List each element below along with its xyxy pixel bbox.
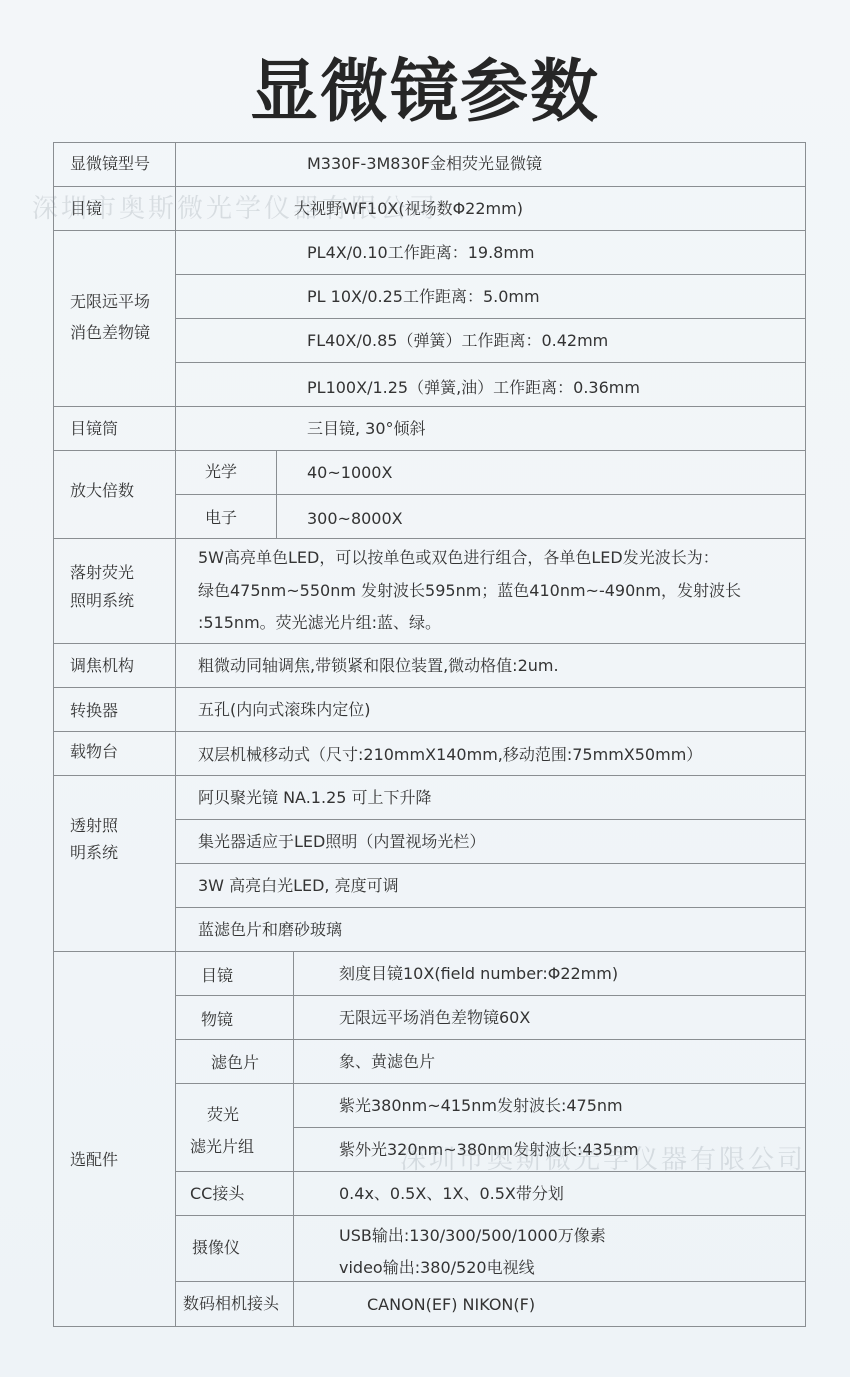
value-objective-40x: FL40X/0.85（弹簧）工作距离：0.42mm — [307, 330, 608, 352]
divider — [175, 1171, 806, 1172]
divider — [53, 775, 806, 776]
label-eyepiece: 目镜 — [70, 198, 102, 220]
option-value-eyepiece: 刻度目镜10X(field number:Φ22mm) — [339, 963, 618, 985]
divider — [175, 863, 806, 864]
label-model: 显微镜型号 — [70, 153, 150, 175]
value-epi-line2: 绿色475nm~550nm 发射波长595nm；蓝色410nm~-490nm，发… — [198, 580, 741, 602]
option-label-cmount: CC接头 — [190, 1183, 244, 1205]
value-epi-line1: 5W高亮单色LED，可以按单色或双色进行组合，各单色LED发光波长为： — [198, 547, 719, 569]
divider — [276, 450, 277, 538]
value-digital: 300~8000X — [307, 508, 403, 530]
label-options: 选配件 — [70, 1149, 118, 1171]
option-label-dslr: 数码相机接头 — [183, 1293, 279, 1315]
option-value-camera-video: video输出:380/520电视线 — [339, 1257, 535, 1279]
divider — [53, 538, 806, 539]
divider — [53, 406, 806, 407]
divider — [293, 951, 294, 1327]
divider — [175, 362, 806, 363]
divider — [175, 318, 806, 319]
label-epi-1: 落射荧光 — [70, 562, 134, 584]
option-value-filter: 象、黄滤色片 — [339, 1051, 435, 1073]
value-trans-collector: 集光器适应于LED照明（内置视场光栏） — [198, 831, 485, 853]
value-trans-condenser: 阿贝聚光镜 NA.1.25 可上下升降 — [198, 787, 432, 809]
label-objective-1: 无限远平场 — [70, 291, 150, 313]
value-epi-line3: :515nm。荧光滤光片组:蓝、绿。 — [198, 612, 441, 634]
divider — [53, 951, 806, 952]
label-trans-2: 明系统 — [70, 842, 118, 864]
option-value-fluor-violet: 紫光380nm~415nm发射波长:475nm — [339, 1095, 623, 1117]
value-stage: 双层机械移动式（尺寸:210mmX140mm,移动范围:75mmX50mm） — [198, 744, 702, 766]
value-nosepiece: 五孔(内向式滚珠内定位) — [198, 699, 371, 721]
value-trans-filter: 蓝滤色片和磨砂玻璃 — [198, 919, 342, 941]
value-tube: 三目镜, 30°倾斜 — [307, 418, 426, 440]
option-label-camera: 摄像仪 — [192, 1237, 240, 1259]
option-label-objective: 物镜 — [201, 1009, 233, 1031]
divider — [53, 731, 806, 732]
option-value-fluor-uv: 紫外光320nm~380nm发射波长:435nm — [339, 1139, 639, 1161]
option-value-objective: 无限远平场消色差物镜60X — [339, 1007, 530, 1029]
divider — [53, 230, 806, 231]
divider — [175, 1215, 806, 1216]
label-trans-1: 透射照 — [70, 815, 118, 837]
value-focus: 粗微动同轴调焦,带锁紧和限位装置,微动格值:2um. — [198, 655, 559, 677]
option-value-dslr: CANON(EF) NIKON(F) — [367, 1294, 535, 1316]
divider — [175, 1281, 806, 1282]
label-magnification: 放大倍数 — [70, 480, 134, 502]
option-label-fluor-2: 滤光片组 — [190, 1136, 254, 1158]
value-eyepiece: 大视野WF10X(视场数Φ22mm) — [294, 198, 523, 220]
option-label-filter: 滤色片 — [211, 1052, 259, 1074]
divider — [53, 450, 806, 451]
option-label-fluor-1: 荧光 — [207, 1104, 239, 1126]
divider — [175, 995, 806, 996]
label-nosepiece: 转换器 — [70, 700, 118, 722]
option-label-eyepiece: 目镜 — [201, 965, 233, 987]
page-title: 显微镜参数 — [0, 38, 850, 135]
label-focus: 调焦机构 — [70, 655, 134, 677]
divider — [175, 274, 806, 275]
divider — [175, 907, 806, 908]
divider — [53, 186, 806, 187]
label-tube: 目镜筒 — [70, 418, 118, 440]
value-optical: 40~1000X — [307, 462, 392, 484]
value-objective-10x: PL 10X/0.25工作距离：5.0mm — [307, 286, 540, 308]
label-digital: 电子 — [205, 507, 237, 529]
value-trans-led: 3W 高亮白光LED, 亮度可调 — [198, 875, 399, 897]
label-optical: 光学 — [205, 461, 237, 483]
divider — [175, 1039, 806, 1040]
divider — [175, 819, 806, 820]
label-objective-2: 消色差物镜 — [70, 322, 150, 344]
value-objective-4x: PL4X/0.10工作距离：19.8mm — [307, 242, 535, 264]
label-epi-2: 照明系统 — [70, 590, 134, 612]
divider — [53, 643, 806, 644]
divider — [175, 494, 806, 495]
divider — [53, 687, 806, 688]
divider — [175, 142, 176, 1327]
value-objective-100x: PL100X/1.25（弹簧,油）工作距离：0.36mm — [307, 377, 640, 399]
option-value-camera-usb: USB输出:130/300/500/1000万像素 — [339, 1225, 606, 1247]
option-value-cmount: 0.4x、0.5X、1X、0.5X带分划 — [339, 1183, 564, 1205]
value-model: M330F-3M830F金相荧光显微镜 — [307, 153, 542, 175]
divider — [293, 1127, 806, 1128]
label-stage: 载物台 — [70, 741, 118, 763]
divider — [175, 1083, 806, 1084]
